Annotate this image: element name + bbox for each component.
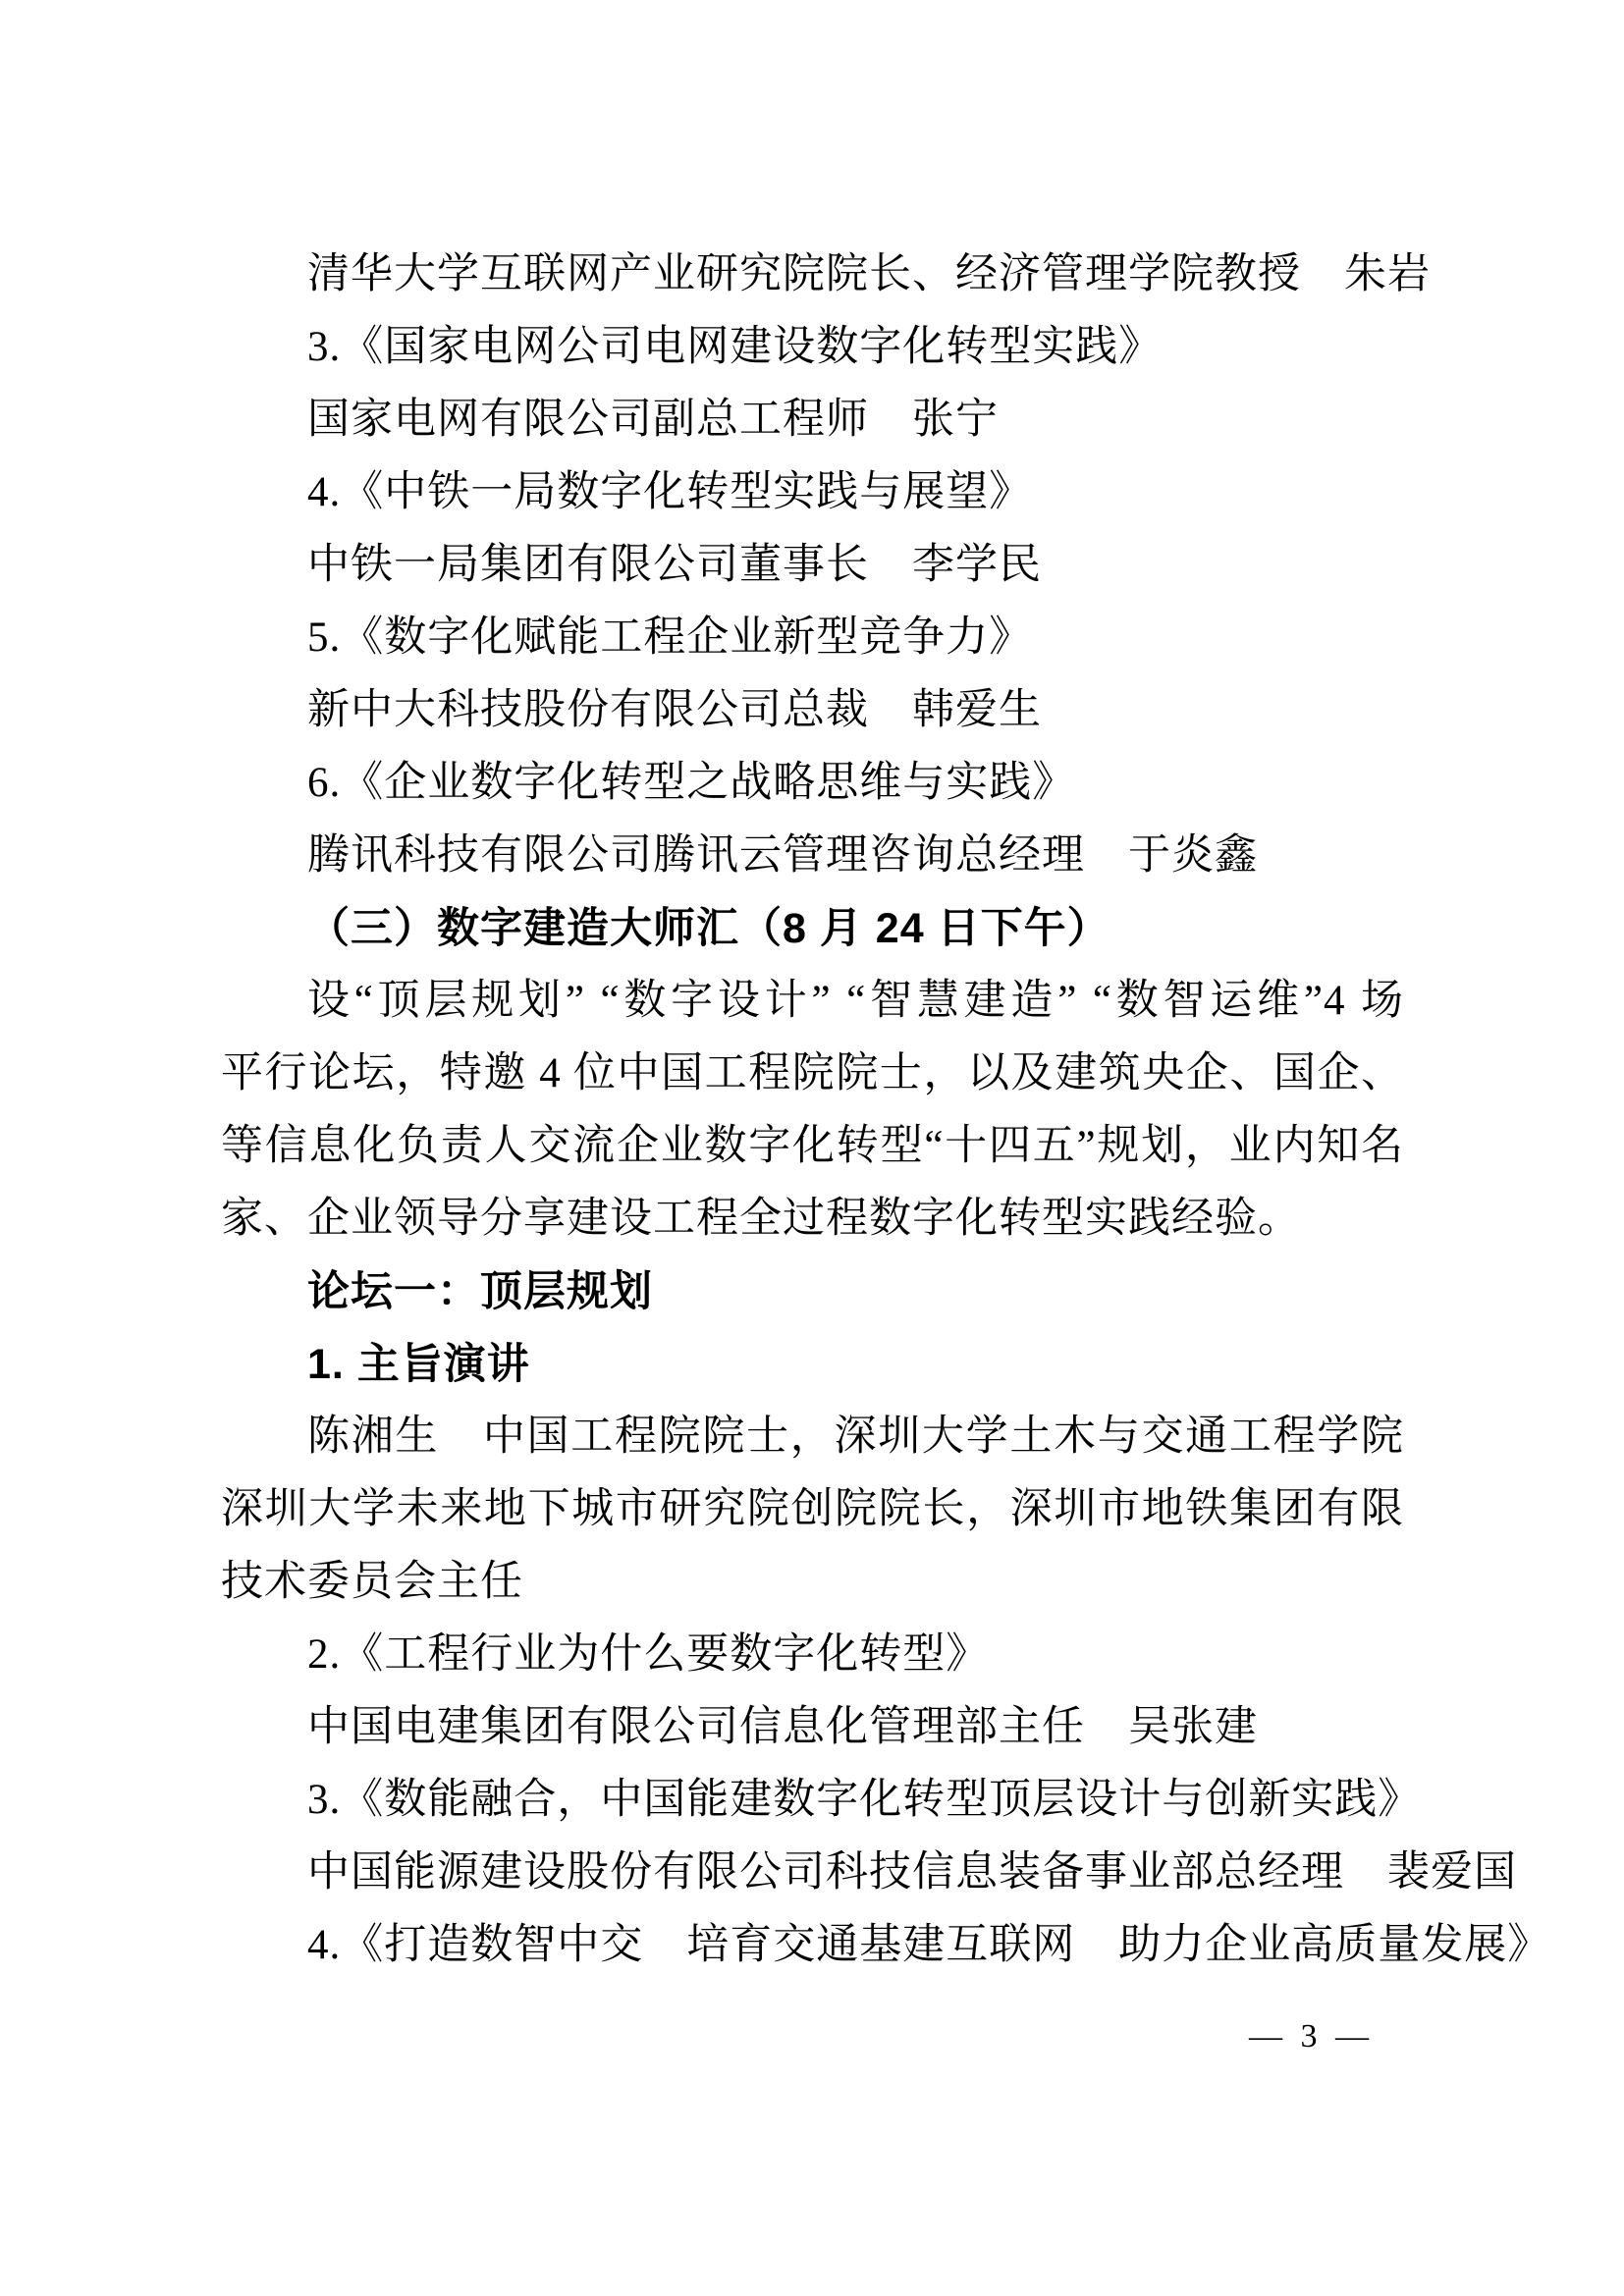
document-page: 清华大学互联网产业研究院院长、经济管理学院教授 朱岩 3.《国家电网公司电网建设… bbox=[0, 0, 1624, 2296]
text-line-speaker: 技术委员会主任 bbox=[221, 1546, 1404, 1619]
text-line-speaker: 国家电网有限公司副总工程师 张宁 bbox=[221, 384, 1404, 456]
text-line-speaker: 腾讯科技有限公司腾讯云管理咨询总经理 于炎鑫 bbox=[221, 820, 1404, 892]
text-line-paragraph: 家、企业领导分享建设工程全过程数字化转型实践经验。 bbox=[221, 1183, 1404, 1255]
text-line-item: 5.《数字化赋能工程企业新型竞争力》 bbox=[221, 602, 1404, 674]
text-line-speaker: 陈湘生 中国工程院院士，深圳大学土木与交通工程学院院长、 bbox=[221, 1401, 1404, 1473]
text-line-speaker: 中铁一局集团有限公司董事长 李学民 bbox=[221, 529, 1404, 602]
text-line-paragraph: 平行论坛，特邀 4 位中国工程院院士，以及建筑央企、国企、民企 bbox=[221, 1038, 1404, 1110]
subsection-heading: 1. 主旨演讲 bbox=[221, 1328, 1404, 1401]
text-line-item: 3.《数能融合，中国能建数字化转型顶层设计与创新实践》 bbox=[221, 1764, 1404, 1837]
section-heading: （三）数字建造大师汇（8 月 24 日下午） bbox=[221, 892, 1404, 965]
text-line-item: 4.《中铁一局数字化转型实践与展望》 bbox=[221, 456, 1404, 529]
text-line-speaker: 中国能源建设股份有限公司科技信息装备事业部总经理 裴爱国 bbox=[221, 1837, 1404, 1909]
text-line-paragraph: 等信息化负责人交流企业数字化转型“十四五”规划，业内知名专 bbox=[221, 1110, 1404, 1183]
text-line-speaker: 新中大科技股份有限公司总裁 韩爱生 bbox=[221, 674, 1404, 747]
forum-heading: 论坛一：顶层规划 bbox=[221, 1255, 1404, 1328]
text-line-paragraph: 设“顶层规划” “数字设计” “智慧建造” “数智运维”4 场 bbox=[221, 965, 1404, 1038]
text-line-item: 2.《工程行业为什么要数字化转型》 bbox=[221, 1619, 1404, 1691]
text-line-item: 3.《国家电网公司电网建设数字化转型实践》 bbox=[221, 311, 1404, 384]
text-line-item: 4.《打造数智中交 培育交通基建互联网 助力企业高质量发展》 bbox=[221, 1909, 1404, 1982]
text-line-speaker: 深圳大学未来地下城市研究院创院院长，深圳市地铁集团有限公司 bbox=[221, 1473, 1404, 1546]
text-line-item: 6.《企业数字化转型之战略思维与实践》 bbox=[221, 747, 1404, 820]
footer-page-number: — 3 — bbox=[1249, 2017, 1369, 2056]
document-body: 清华大学互联网产业研究院院长、经济管理学院教授 朱岩 3.《国家电网公司电网建设… bbox=[221, 239, 1404, 1982]
text-line-speaker: 清华大学互联网产业研究院院长、经济管理学院教授 朱岩 bbox=[221, 239, 1404, 311]
text-line-speaker: 中国电建集团有限公司信息化管理部主任 吴张建 bbox=[221, 1691, 1404, 1764]
